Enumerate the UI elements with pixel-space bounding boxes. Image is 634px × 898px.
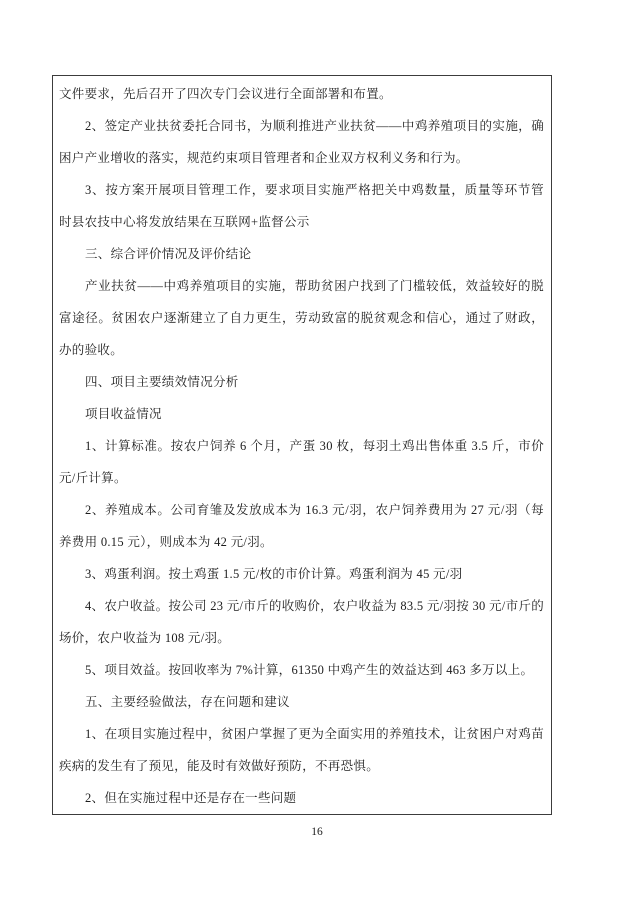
text-line: 产业扶贫——中鸡养殖项目的实施，帮助贫困户找到了门槛较低，效益较好的脱贫致 [59, 270, 544, 302]
text-line: 办的验收。 [59, 334, 544, 366]
text-line: 文件要求，先后召开了四次专门会议进行全面部署和布置。 [59, 78, 544, 110]
text-line: 疾病的发生有了预见，能及时有效做好预防，不再恐惧。 [59, 750, 544, 782]
text-line: 2、签定产业扶贫委托合同书，为顺利推进产业扶贫——中鸡养殖项目的实施，确保贫 [59, 110, 544, 142]
text-line: 五、主要经验做法，存在问题和建议 [59, 686, 544, 718]
document-lines: 文件要求，先后召开了四次专门会议进行全面部署和布置。2、签定产业扶贫委托合同书，… [59, 78, 544, 814]
text-line: 项目收益情况 [59, 398, 544, 430]
text-line: 元/斤计算。 [59, 462, 544, 494]
text-line: 困户产业增收的落实，规范约束项目管理者和企业双方权利义务和行为。 [59, 142, 544, 174]
text-line: 2、但在实施过程中还是存在一些问题 [59, 782, 544, 814]
text-line: 富途径。贫困农户逐渐建立了自力更生，劳动致富的脱贫观念和信心，通过了财政，扶贫 [59, 302, 544, 334]
text-line: 1、在项目实施过程中，贫困户掌握了更为全面实用的养殖技术，让贫困户对鸡苗各种 [59, 718, 544, 750]
text-line: 5、项目效益。按回收率为 7%计算，61350 中鸡产生的效益达到 463 多万… [59, 654, 544, 686]
text-line: 2、养殖成本。公司育雏及发放成本为 16.3 元/羽，农户饲养费用为 27 元/… [59, 494, 544, 526]
text-line: 四、项目主要绩效情况分析 [59, 366, 544, 398]
page-number: 16 [0, 826, 634, 838]
text-line: 时县农技中心将发放结果在互联网+监督公示 [59, 206, 544, 238]
text-line: 场价，农户收益为 108 元/羽。 [59, 622, 544, 654]
document-cell-border: 文件要求，先后召开了四次专门会议进行全面部署和布置。2、签定产业扶贫委托合同书，… [52, 75, 552, 815]
text-line: 3、鸡蛋利润。按土鸡蛋 1.5 元/枚的市价计算。鸡蛋利润为 45 元/羽 [59, 558, 544, 590]
text-line: 养费用 0.15 元），则成本为 42 元/羽。 [59, 526, 544, 558]
text-line: 4、农户收益。按公司 23 元/市斤的收购价，农户收益为 83.5 元/羽按 3… [59, 590, 544, 622]
text-line: 3、按方案开展项目管理工作，要求项目实施严格把关中鸡数量，质量等环节管理，同 [59, 174, 544, 206]
text-line: 三、综合评价情况及评价结论 [59, 238, 544, 270]
text-line: 1、计算标准。按农户饲养 6 个月，产蛋 30 枚，每羽土鸡出售体重 3.5 斤… [59, 430, 544, 462]
